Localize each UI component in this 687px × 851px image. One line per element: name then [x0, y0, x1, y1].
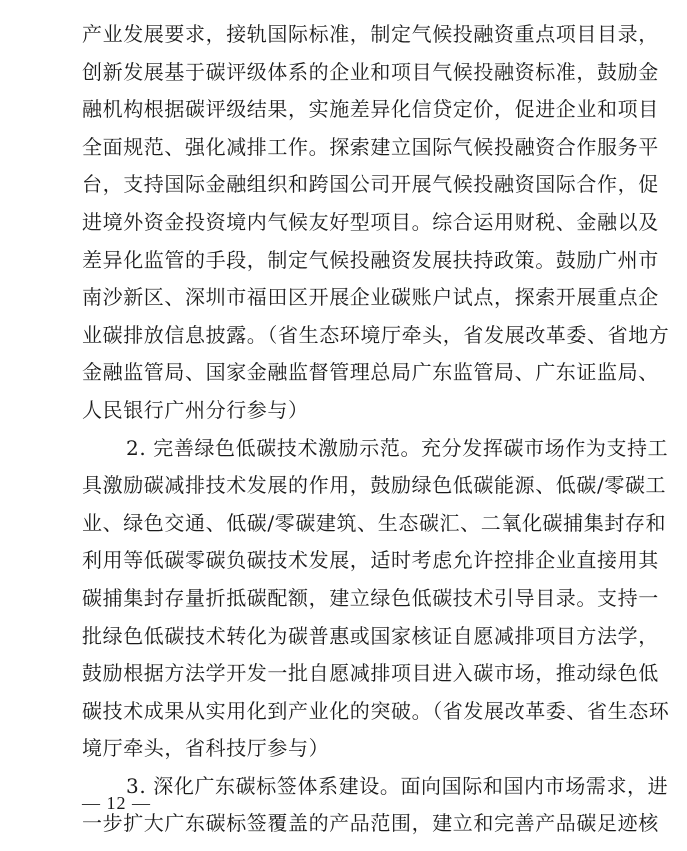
text-line: 进境外资金投资境内气候友好型项目。综合运用财税、金融以及 — [82, 204, 609, 242]
text-line: 业、绿色交通、低碳/零碳建筑、生态碳汇、二氧化碳捕集封存和 — [82, 505, 609, 543]
text-line: 利用等低碳零碳负碳技术发展，适时考虑允许控排企业直接用其 — [82, 542, 609, 580]
document-body: 产业发展要求，接轨国际标准，制定气候投融资重点项目目录， 创新发展基于碳评级体系… — [82, 16, 609, 843]
text-line: 具激励碳减排技术发展的作用，鼓励绿色低碳能源、低碳/零碳工 — [82, 467, 609, 505]
text-line: 境厅牵头，省科技厅参与） — [82, 730, 609, 768]
paragraph-green-low-carbon-tech: 2. 完善绿色低碳技术激励示范。充分发挥碳市场作为支持工 具激励碳减排技术发展的… — [82, 430, 609, 768]
page-number: — 12 — — [82, 790, 151, 816]
text-line: 人民银行广州分行参与） — [82, 392, 609, 430]
text-line: 创新发展基于碳评级体系的企业和项目气候投融资标准，鼓励金 — [82, 54, 609, 92]
text-line: 全面规范、强化减排工作。探索建立国际气候投融资合作服务平 — [82, 129, 609, 167]
text-line: 差异化监管的手段，制定气候投融资发展扶持政策。鼓励广州市 — [82, 242, 609, 280]
paragraph-climate-finance: 产业发展要求，接轨国际标准，制定气候投融资重点项目目录， 创新发展基于碳评级体系… — [82, 16, 609, 430]
text-line: 碳捕集封存量折抵碳配额，建立绿色低碳技术引导目录。支持一 — [82, 580, 609, 618]
text-line: 一步扩大广东碳标签覆盖的产品范围，建立和完善产品碳足迹核 — [82, 805, 609, 843]
text-line: 金融监管局、国家金融监督管理总局广东监管局、广东证监局、 — [82, 354, 609, 392]
text-line: 批绿色低碳技术转化为碳普惠或国家核证自愿减排项目方法学， — [82, 618, 609, 656]
section-heading-line: 2. 完善绿色低碳技术激励示范。充分发挥碳市场作为支持工 — [82, 430, 609, 468]
text-line: 鼓励根据方法学开发一批自愿减排项目进入碳市场，推动绿色低 — [82, 655, 609, 693]
document-page: 产业发展要求，接轨国际标准，制定气候投融资重点项目目录， 创新发展基于碳评级体系… — [0, 0, 687, 851]
text-line: 业碳排放信息披露。（省生态环境厅牵头，省发展改革委、省地方 — [82, 317, 609, 355]
paragraph-carbon-label: 3. 深化广东碳标签体系建设。面向国际和国内市场需求，进 一步扩大广东碳标签覆盖… — [82, 768, 609, 843]
text-line: 南沙新区、深圳市福田区开展企业碳账户试点，探索开展重点企 — [82, 279, 609, 317]
text-line: 碳技术成果从实用化到产业化的突破。（省发展改革委、省生态环 — [82, 693, 609, 731]
text-line: 融机构根据碳评级结果，实施差异化信贷定价，促进企业和项目 — [82, 91, 609, 129]
text-line: 台，支持国际金融组织和跨国公司开展气候投融资国际合作，促 — [82, 166, 609, 204]
text-line: 产业发展要求，接轨国际标准，制定气候投融资重点项目目录， — [82, 16, 609, 54]
section-heading-line: 3. 深化广东碳标签体系建设。面向国际和国内市场需求，进 — [82, 768, 609, 806]
